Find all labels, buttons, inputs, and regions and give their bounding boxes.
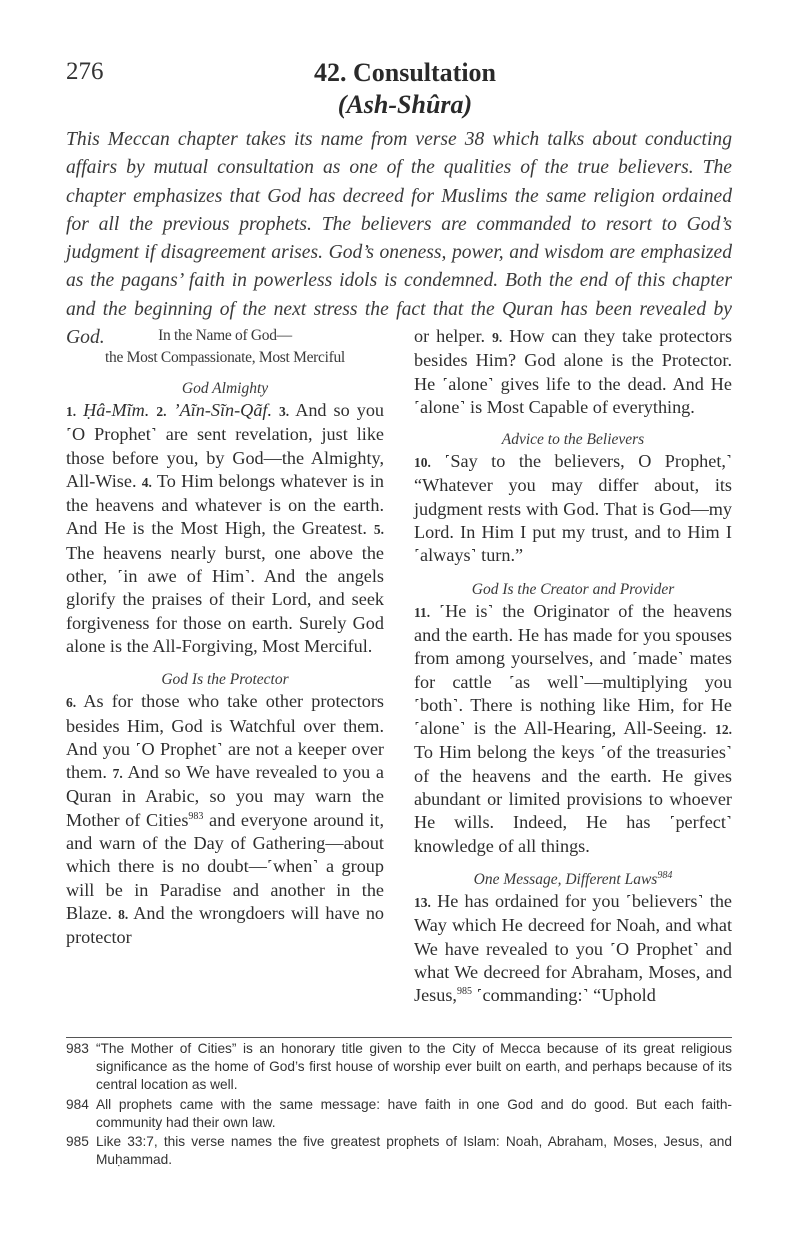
verse-text: ˹He is˺ the Originator of the heavens an… [414, 601, 732, 738]
verse-paragraph: 1. Ḥâ-Mĩm. 2. ’Aĩn-Sĩn-Qãf. 3. And so yo… [66, 399, 384, 658]
section-heading: God Is the Creator and Provider [414, 580, 732, 600]
bismillah-line-1: In the Name of God— [66, 325, 384, 347]
chapter-subtitle: (Ash-Shûra) [0, 90, 800, 120]
verse-paragraph: 11. ˹He is˺ the Originator of the heaven… [414, 600, 732, 858]
book-page: 276 42. Consultation (Ash-Shûra) This Me… [0, 0, 800, 1235]
section-heading-text: One Message, Different Laws [474, 871, 658, 888]
verse-number: 5. [374, 522, 384, 537]
footnote-number: 984 [66, 1096, 96, 1132]
verse-number: 8. [118, 907, 128, 922]
footnote-reference[interactable]: 983 [188, 811, 203, 822]
left-column: In the Name of God— the Most Compassiona… [66, 325, 384, 1007]
footnote-text: “The Mother of Cities” is an honorary ti… [96, 1040, 732, 1095]
verse-paragraph: 6. As for those who take other protector… [66, 690, 384, 949]
verse-paragraph: or helper. 9. How can they take protecto… [414, 325, 732, 419]
verse-number: 12. [715, 722, 732, 737]
verse-number: 3. [279, 404, 289, 419]
footnote-text: All prophets came with the same message:… [96, 1096, 732, 1132]
verse-text: And the wrongdoers will have no protecto… [66, 903, 384, 947]
verse-text: ’Aĩn-Sĩn-Qãf. [174, 400, 273, 420]
verse-text: Ḥâ-Mĩm. [83, 400, 149, 420]
bismillah-line-2: the Most Compassionate, Most Merciful [66, 347, 384, 369]
verse-number: 11. [414, 605, 430, 620]
footnote-reference[interactable]: 985 [457, 986, 472, 997]
verse-number: 6. [66, 695, 76, 710]
verse-text: To Him belong the keys ˹of the treasurie… [414, 742, 732, 855]
verse-number: 7. [113, 766, 123, 781]
verse-number: 9. [492, 330, 502, 345]
section-heading: Advice to the Believers [414, 430, 732, 450]
right-column: or helper. 9. How can they take protecto… [414, 325, 732, 1007]
verse-number: 10. [414, 455, 431, 470]
footnote-number: 985 [66, 1133, 96, 1169]
verse-text: ˹Say to the believers, O Prophet,˺ “What… [414, 451, 732, 565]
verse-number: 13. [414, 895, 431, 910]
footnote-item: 983 “The Mother of Cities” is an honorar… [66, 1040, 732, 1095]
verse-paragraph: 13. He has ordained for you ˹believers˺ … [414, 890, 732, 1007]
verse-number: 2. [156, 404, 166, 419]
footnote-reference[interactable]: 984 [657, 870, 672, 881]
footnote-divider [66, 1037, 732, 1038]
footnote-item: 985 Like 33:7, this verse names the five… [66, 1133, 732, 1169]
verse-columns: In the Name of God— the Most Compassiona… [66, 325, 732, 1007]
chapter-title: 42. Consultation [0, 58, 800, 88]
footnotes: 983 “The Mother of Cities” is an honorar… [66, 1040, 732, 1170]
section-heading: God Is the Protector [66, 670, 384, 690]
bismillah: In the Name of God— the Most Compassiona… [66, 325, 384, 369]
section-heading: God Almighty [66, 379, 384, 399]
verse-paragraph: 10. ˹Say to the believers, O Prophet,˺ “… [414, 450, 732, 567]
footnote-item: 984 All prophets came with the same mess… [66, 1096, 732, 1132]
footnote-number: 983 [66, 1040, 96, 1095]
verse-text: ˹commanding:˺ “Uphold [472, 985, 656, 1005]
verse-number: 1. [66, 404, 76, 419]
chapter-introduction: This Meccan chapter takes its name from … [66, 126, 732, 352]
section-heading: One Message, Different Laws984 [414, 870, 732, 890]
verse-text: The heavens nearly burst, one above the … [66, 543, 384, 656]
verse-number: 4. [142, 475, 152, 490]
verse-text: or helper. [414, 326, 485, 346]
footnote-text: Like 33:7, this verse names the five gre… [96, 1133, 732, 1169]
